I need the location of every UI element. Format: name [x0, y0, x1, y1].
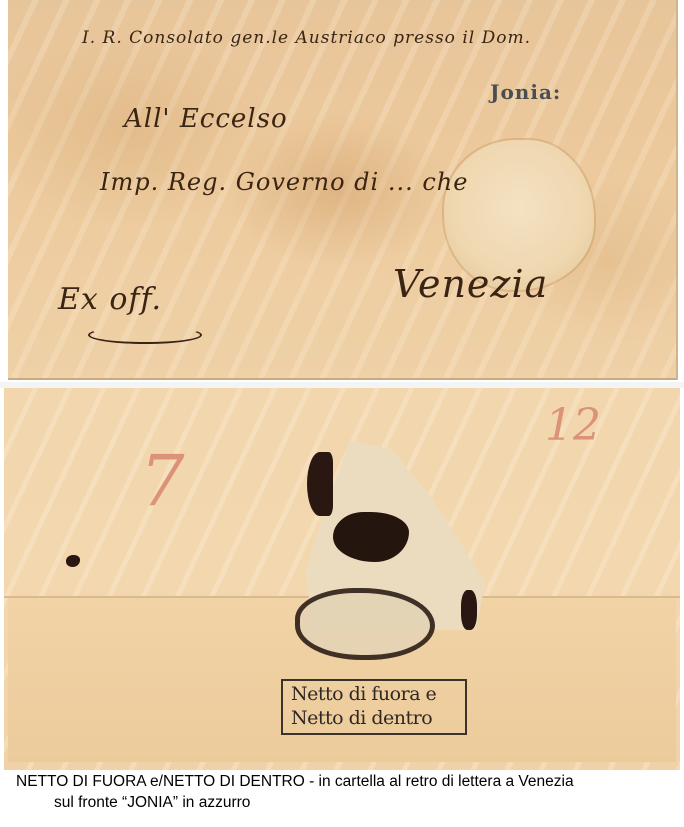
handwritten-endorsement: Ex off. — [58, 282, 162, 317]
caption-line-1: NETTO DI FUORA e/NETTO DI DENTRO - in ca… — [16, 773, 574, 790]
handwritten-address-line-1: All' Eccelso — [124, 104, 288, 134]
wax-seal-fragment — [307, 452, 333, 516]
red-crayon-mark-right: 12 — [545, 400, 601, 451]
red-crayon-mark-left: 7 — [140, 440, 185, 522]
image-caption: NETTO DI FUORA e/NETTO DI DENTRO - in ca… — [16, 771, 574, 813]
cartella-line-1: Netto di fuora e — [291, 682, 461, 706]
letter-front-image: I. R. Consolato gen.le Austriaco presso … — [8, 0, 678, 380]
handwritten-header-line: I. R. Consolato gen.le Austriaco presso … — [82, 28, 531, 48]
wax-seal-fragment — [461, 590, 477, 630]
handwritten-city: Venezia — [393, 262, 548, 306]
netto-cartella-postmark: Netto di fuora e Netto di dentro — [281, 679, 467, 735]
handwritten-address-line-2: Imp. Reg. Governo di ... che — [100, 168, 468, 196]
wax-seal-remnants — [245, 440, 515, 660]
jonia-postmark: Jonia: — [490, 80, 561, 104]
wax-seal-ring — [295, 588, 435, 660]
cartella-line-2: Netto di dentro — [291, 706, 461, 730]
caption-line-2: sul fronte “JONIA” in azzurro — [16, 792, 574, 813]
